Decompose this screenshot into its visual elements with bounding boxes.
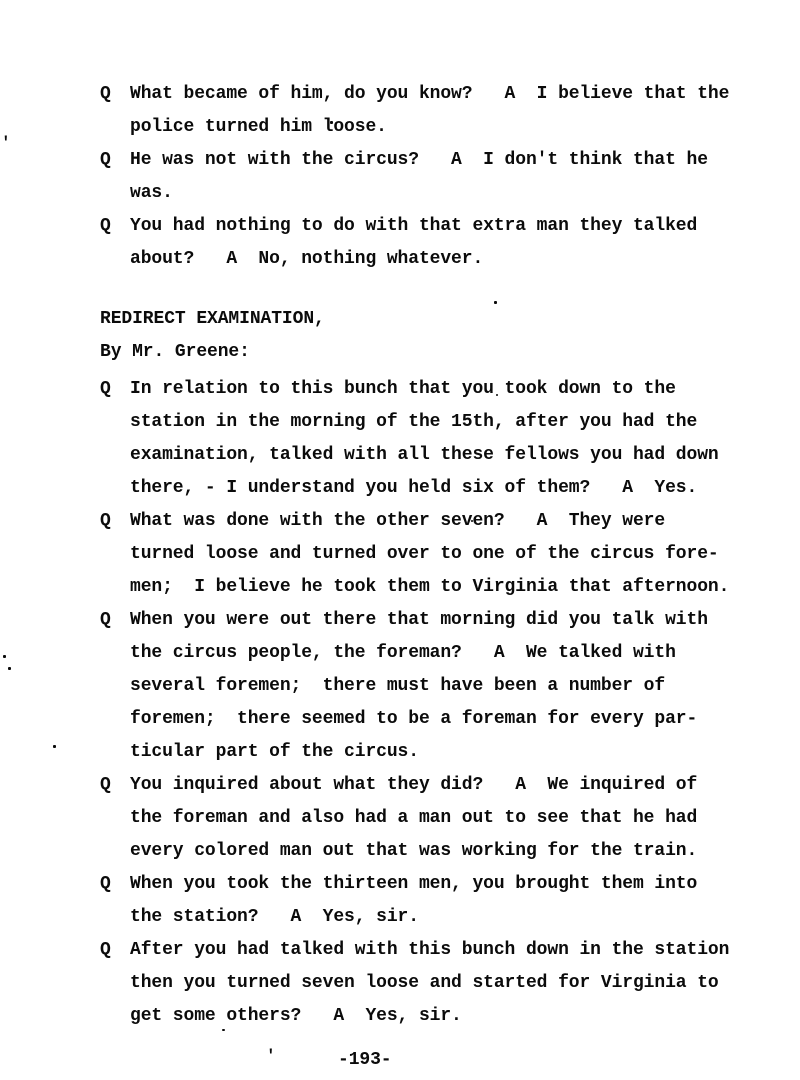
line-text: there, - I understand you held six of th… — [130, 478, 697, 498]
section-spacer — [100, 276, 760, 303]
ink-speck — [8, 667, 11, 670]
line-text: You inquired about what they did? A We i… — [130, 775, 697, 795]
ink-speck — [496, 394, 498, 396]
question-marker: Q — [100, 505, 130, 538]
ink-speck — [471, 520, 473, 522]
ink-speck — [3, 655, 6, 658]
question-line: QWhen you took the thirteen men, you bro… — [100, 868, 760, 901]
continuation-line: police turned him loose. — [100, 111, 760, 144]
continuation-line: turned loose and turned over to one of t… — [100, 538, 760, 571]
question-marker: Q — [100, 604, 130, 637]
question-line: QAfter you had talked with this bunch do… — [100, 934, 760, 967]
line-text: You had nothing to do with that extra ma… — [130, 216, 697, 236]
continuation-line: every colored man out that was working f… — [100, 835, 760, 868]
question-line: QYou inquired about what they did? A We … — [100, 769, 760, 802]
page-number: -193- — [338, 1044, 392, 1077]
ink-speck — [222, 1029, 225, 1031]
ink-speck — [53, 745, 56, 748]
question-line: QHe was not with the circus? A I don't t… — [100, 144, 760, 177]
continuation-line: the foreman and also had a man out to se… — [100, 802, 760, 835]
ink-speck — [330, 121, 333, 124]
continuation-line: about? A No, nothing whatever. — [100, 243, 760, 276]
line-text: several foremen; there must have been a … — [130, 676, 665, 696]
examiner-line: By Mr. Greene: — [100, 336, 760, 369]
continuation-line: station in the morning of the 15th, afte… — [100, 406, 760, 439]
question-line: QWhat became of him, do you know? A I be… — [100, 78, 760, 111]
line-text: When you took the thirteen men, you brou… — [130, 874, 697, 894]
question-marker: Q — [100, 210, 130, 243]
line-text: turned loose and turned over to one of t… — [130, 544, 719, 564]
line-text: After you had talked with this bunch dow… — [130, 940, 729, 960]
question-marker: Q — [100, 868, 130, 901]
line-text: ticular part of the circus. — [130, 742, 419, 762]
stray-tick-mark: ' — [266, 1051, 276, 1061]
continuation-line: ticular part of the circus. — [100, 736, 760, 769]
line-text: was. — [130, 183, 173, 203]
line-text: get some others? A Yes, sir. — [130, 1006, 462, 1026]
continuation-line: examination, talked with all these fello… — [100, 439, 760, 472]
line-text: then you turned seven loose and started … — [130, 973, 719, 993]
line-text: When you were out there that morning did… — [130, 610, 708, 630]
document-page: QWhat became of him, do you know? A I be… — [0, 0, 800, 1080]
continuation-line: was. — [100, 177, 760, 210]
question-marker: Q — [100, 769, 130, 802]
ink-speck — [494, 301, 497, 304]
continuation-line: foremen; there seemed to be a foreman fo… — [100, 703, 760, 736]
line-text: In relation to this bunch that you took … — [130, 379, 676, 399]
transcript-text-block: QWhat became of him, do you know? A I be… — [100, 78, 760, 1033]
line-text: every colored man out that was working f… — [130, 841, 697, 861]
line-text: By Mr. Greene: — [100, 342, 250, 362]
continuation-line: men; I believe he took them to Virginia … — [100, 571, 760, 604]
question-marker: Q — [100, 78, 130, 111]
question-line: QWhen you were out there that morning di… — [100, 604, 760, 637]
question-marker: Q — [100, 144, 130, 177]
continuation-line: the station? A Yes, sir. — [100, 901, 760, 934]
question-line: QWhat was done with the other seven? A T… — [100, 505, 760, 538]
question-line: QYou had nothing to do with that extra m… — [100, 210, 760, 243]
line-text: about? A No, nothing whatever. — [130, 249, 483, 269]
line-text: station in the morning of the 15th, afte… — [130, 412, 697, 432]
continuation-line: get some others? A Yes, sir. — [100, 1000, 760, 1033]
question-marker: Q — [100, 934, 130, 967]
stray-tick-mark: ' — [1, 138, 11, 148]
continuation-line: there, - I understand you held six of th… — [100, 472, 760, 505]
line-text: police turned him loose. — [130, 117, 387, 137]
line-text: foremen; there seemed to be a foreman fo… — [130, 709, 697, 729]
line-text: What became of him, do you know? A I bel… — [130, 84, 729, 104]
line-text: men; I believe he took them to Virginia … — [130, 577, 729, 597]
question-line: QIn relation to this bunch that you took… — [100, 373, 760, 406]
section-heading: REDIRECT EXAMINATION, — [100, 303, 760, 336]
continuation-line: then you turned seven loose and started … — [100, 967, 760, 1000]
line-text: examination, talked with all these fello… — [130, 445, 719, 465]
line-text: He was not with the circus? A I don't th… — [130, 150, 708, 170]
continuation-line: several foremen; there must have been a … — [100, 670, 760, 703]
line-text: the foreman and also had a man out to se… — [130, 808, 697, 828]
continuation-line: the circus people, the foreman? A We tal… — [100, 637, 760, 670]
line-text: the circus people, the foreman? A We tal… — [130, 643, 676, 663]
line-text: the station? A Yes, sir. — [130, 907, 419, 927]
line-text: What was done with the other seven? A Th… — [130, 511, 665, 531]
question-marker: Q — [100, 373, 130, 406]
line-text: REDIRECT EXAMINATION, — [100, 309, 325, 329]
